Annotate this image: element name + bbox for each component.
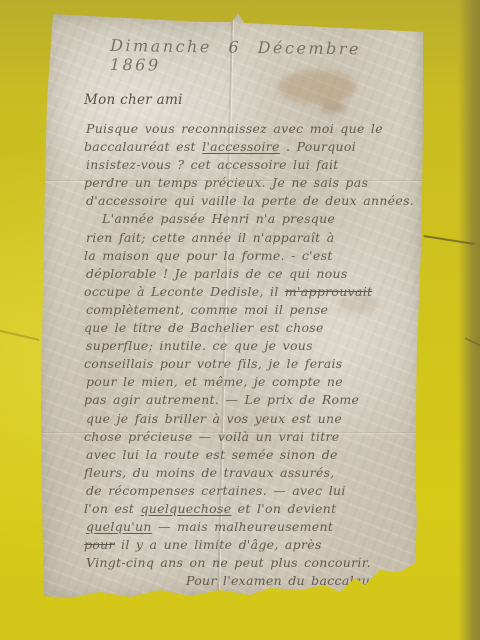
word-segment: d'accessoire qui vaille la perte de deux…	[86, 193, 414, 208]
letter-line: baccalauréat est l'accessoire . Pourquoi	[84, 138, 422, 156]
word-segment: rien fait; cette année il n'apparaît à	[86, 230, 334, 245]
word-segment: Pour l'examen du baccalauréat	[186, 573, 397, 588]
letter-line: déplorable ! Je parlais de ce qui nous	[84, 265, 422, 283]
word-segment: . Pourquoi	[280, 139, 356, 154]
letter-line: fleurs, du moins de travaux assurés,	[84, 464, 422, 482]
word-segment: conseillais pour votre fils, je le ferai…	[84, 356, 342, 371]
word-segment: L'année passée Henri n'a presque	[102, 211, 335, 226]
word-segment: insistez-vous ? cet accessoire lui fait	[86, 157, 339, 172]
letter-line: insistez-vous ? cet accessoire lui fait	[84, 156, 422, 174]
letter-line: superflue; inutile. ce que je vous	[84, 337, 422, 355]
word-segment: baccalauréat est	[84, 139, 202, 154]
underlined-word: quelqu'un	[86, 519, 152, 534]
letter-line: L'année passée Henri n'a presque	[84, 210, 422, 228]
letter-line: Vingt-cinq ans on ne peut plus concourir…	[84, 554, 422, 572]
word-segment: de récompenses certaines. — avec lui	[86, 483, 346, 498]
letter-body: Puisque vous reconnaissez avec moi que l…	[84, 120, 422, 590]
letter-line: pour il y a une limite d'âge, après	[84, 536, 422, 554]
word-segment: pour le mien, et même, je compte ne	[86, 374, 343, 389]
letter-line: complètement, comme moi il pense	[84, 301, 422, 319]
word-segment: occupe à Leconte Dedisle, il	[84, 284, 285, 299]
word-segment: déplorable ! Je parlais de ce qui nous	[86, 266, 348, 281]
background-shadow-strip	[458, 0, 480, 640]
word-segment: la maison que pour la forme. - c'est	[84, 248, 333, 263]
word-segment: complètement, comme moi il pense	[86, 302, 328, 317]
word-segment: Puisque vous reconnaissez avec moi que l…	[86, 121, 383, 136]
struck-out-word: m'approuvait	[285, 284, 372, 299]
letter-line: occupe à Leconte Dedisle, il m'approuvai…	[84, 283, 422, 301]
letter-line: rien fait; cette année il n'apparaît à	[84, 229, 422, 247]
letter-line: quelqu'un — mais malheureusement	[84, 518, 422, 536]
underlined-word: l'accessoire	[202, 139, 280, 154]
word-segment: pas agir autrement. — Le prix de Rome	[84, 392, 359, 407]
word-segment: avec lui la route est semée sinon de	[86, 447, 338, 462]
ink-stain	[320, 102, 346, 113]
word-segment: et l'on devient	[231, 501, 336, 516]
letter-line: la maison que pour la forme. - c'est	[84, 247, 422, 265]
struck-out-word: pour	[84, 537, 115, 552]
word-segment: que je fais briller à vos yeux est une	[86, 411, 342, 426]
letter-line: avec lui la route est semée sinon de	[84, 446, 422, 464]
word-segment: l'on est	[84, 501, 141, 516]
letter-line: pas agir autrement. — Le prix de Rome	[84, 391, 422, 409]
letter-line: conseillais pour votre fils, je le ferai…	[84, 355, 422, 373]
word-segment: perdre un temps précieux. Je ne sais pas	[84, 175, 368, 190]
photo-background: Dimanche 6 Décembre 1869 Mon cher ami Pu…	[0, 0, 480, 640]
word-segment: superflue; inutile. ce que je vous	[86, 338, 313, 353]
letter-line: de récompenses certaines. — avec lui	[84, 482, 422, 500]
letter-dateline: Dimanche 6 Décembre 1869	[110, 36, 411, 78]
letter-paper: Dimanche 6 Décembre 1869 Mon cher ami Pu…	[38, 12, 430, 604]
word-segment: Vingt-cinq ans on ne peut plus concourir…	[86, 555, 371, 570]
pencil-mark	[0, 329, 40, 341]
letter-salutation: Mon cher ami	[84, 92, 183, 108]
letter-line: d'accessoire qui vaille la perte de deux…	[84, 192, 422, 210]
letter-line: chose précieuse — voilà un vrai titre	[84, 428, 422, 446]
letter-line: perdre un temps précieux. Je ne sais pas	[84, 174, 422, 192]
word-segment: fleurs, du moins de travaux assurés,	[84, 465, 335, 480]
word-segment: il y a une limite d'âge, après	[115, 537, 322, 552]
letter-line: Puisque vous reconnaissez avec moi que l…	[84, 120, 422, 138]
letter-line: que le titre de Bachelier est chose	[84, 319, 422, 337]
word-segment: que le titre de Bachelier est chose	[84, 320, 324, 335]
underlined-word: quelquechose	[141, 501, 232, 516]
word-segment: — mais malheureusement	[152, 519, 333, 534]
letter-line: l'on est quelquechose et l'on devient	[84, 500, 422, 518]
word-segment: chose précieuse — voilà un vrai titre	[84, 429, 340, 444]
letter-line: Pour l'examen du baccalauréat	[84, 572, 422, 590]
letter-line: que je fais briller à vos yeux est une	[84, 410, 422, 428]
letter-line: pour le mien, et même, je compte ne	[84, 373, 422, 391]
